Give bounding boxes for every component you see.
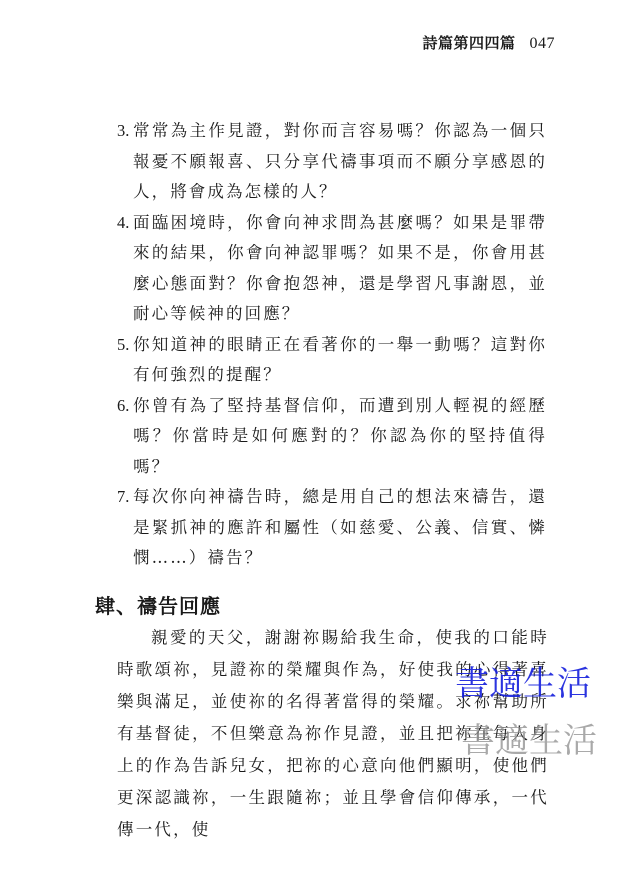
question-item-4: 4. 面臨困境時，你會向神求問為甚麼嗎？如果是罪帶來的結果，你會向神認罪嗎？如果… [117,208,547,330]
section-heading: 肆、禱告回應 [95,590,221,619]
chapter-title: 詩篇第四四篇 [422,32,515,53]
question-text: 你知道神的眼睛正在看著你的一舉一動嗎？這對你有何強烈的提醒？ [133,330,547,391]
question-number: 6. [117,391,133,483]
question-text: 面臨困境時，你會向神求問為甚麼嗎？如果是罪帶來的結果，你會向神認罪嗎？如果不是，… [133,208,547,330]
question-number: 3. [117,116,133,208]
question-item-5: 5. 你知道神的眼睛正在看著你的一舉一動嗎？這對你有何強烈的提醒？ [117,330,547,391]
question-text: 你曾有為了堅持基督信仰，而遭到別人輕視的經歷嗎？你當時是如何應對的？你認為你的堅… [133,391,547,483]
question-text: 每次你向神禱告時，總是用自己的想法來禱告，還是緊抓神的應許和屬性（如慈愛、公義、… [133,482,547,574]
page-header: 詩篇第四四篇 047 [422,32,555,53]
question-item-3: 3. 常常為主作見證，對你而言容易嗎？你認為一個只報憂不願報喜、只分享代禱事項而… [117,116,547,208]
question-number: 5. [117,330,133,391]
question-item-7: 7. 每次你向神禱告時，總是用自己的想法來禱告，還是緊抓神的應許和屬性（如慈愛、… [117,482,547,574]
page-number: 047 [530,35,556,53]
prayer-paragraph: 親愛的天父，謝謝祢賜給我生命，使我的口能時時歌頌祢，見證祢的榮耀與作為，好使我的… [117,622,549,846]
question-number: 4. [117,208,133,330]
reflection-questions-list: 3. 常常為主作見證，對你而言容易嗎？你認為一個只報憂不願報喜、只分享代禱事項而… [117,116,547,574]
question-item-6: 6. 你曾有為了堅持基督信仰，而遭到別人輕視的經歷嗎？你當時是如何應對的？你認為… [117,391,547,483]
question-number: 7. [117,482,133,574]
question-text: 常常為主作見證，對你而言容易嗎？你認為一個只報憂不願報喜、只分享代禱事項而不願分… [133,116,547,208]
